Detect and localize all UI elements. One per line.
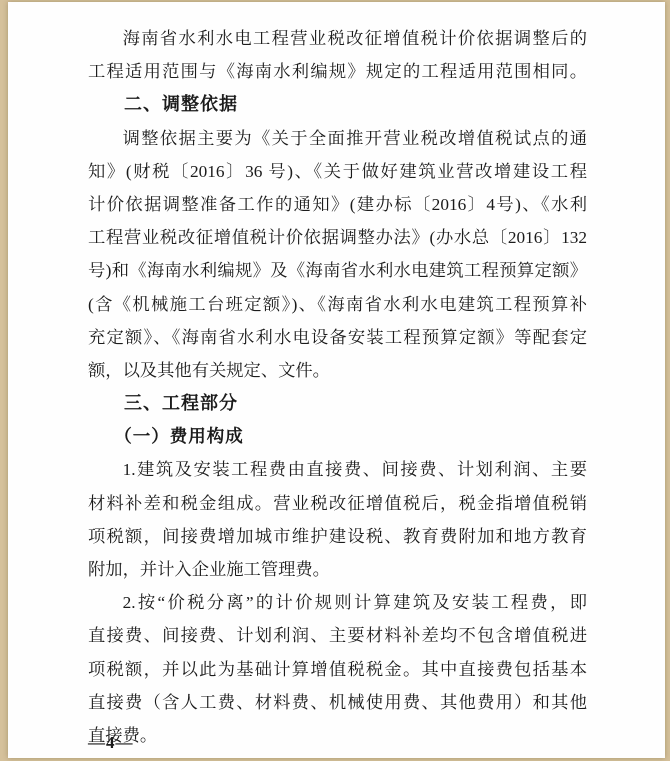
section-heading: 二、调整依据 [88, 88, 587, 121]
paragraph-line: 工程营业税改征增值税计价依据调整办法》(办水总〔2016〕132 [88, 221, 587, 254]
paragraph-line: 项税额，并以此为基础计算增值税税金。其中直接费包括基本 [88, 653, 587, 686]
paragraph-line: 附加，并计入企业施工管理费。 [88, 553, 587, 586]
paragraph-line: 额，以及其他有关规定、文件。 [88, 354, 587, 387]
paragraph-line: 计价依据调整准备工作的通知》(建办标〔2016〕4号)、《水利 [88, 188, 587, 221]
paragraph-line: 2.按“价税分离”的计价规则计算建筑及安装工程费，即 [88, 586, 587, 619]
paragraph-line: 1.建筑及安装工程费由直接费、间接费、计划利润、主要 [88, 453, 587, 486]
section-subheading: （一）费用构成 [88, 420, 587, 453]
paragraph-line: 号)和《海南水利编规》及《海南省水利水电建筑工程预算定额》 [88, 254, 587, 287]
paragraph-line: 海南省水利水电工程营业税改征增值税计价依据调整后的 [88, 22, 587, 55]
paragraph-line: 知》(财税〔2016〕36 号)、《关于做好建筑业营改增建设工程 [88, 155, 587, 188]
paper-page: 海南省水利水电工程营业税改征增值税计价依据调整后的工程适用范围与《海南水利编规》… [8, 2, 665, 758]
scan-background: { "page": { "background_color": "#d5c19b… [0, 0, 670, 761]
paragraph-line: (含《机械施工台班定额》)、《海南省水利水电建筑工程预算补 [88, 288, 587, 321]
section-heading: 三、工程部分 [88, 387, 587, 420]
paragraph-line: 直接费。 [88, 719, 587, 752]
page-number: —4— [88, 733, 134, 753]
document-body: 海南省水利水电工程营业税改征增值税计价依据调整后的工程适用范围与《海南水利编规》… [88, 22, 587, 752]
paragraph-line: 直接费（含人工费、材料费、机械使用费、其他费用）和其他 [88, 686, 587, 719]
paragraph-line: 项税额，间接费增加城市维护建设税、教育费附加和地方教育 [88, 520, 587, 553]
paragraph-line: 工程适用范围与《海南水利编规》规定的工程适用范围相同。 [88, 55, 587, 88]
paragraph-line: 材料补差和税金组成。营业税改征增值税后，税金指增值税销 [88, 487, 587, 520]
paragraph-line: 充定额》、《海南省水利水电设备安装工程预算定额》等配套定 [88, 321, 587, 354]
paragraph-line: 调整依据主要为《关于全面推开营业税改增值税试点的通 [88, 122, 587, 155]
paragraph-line: 直接费、间接费、计划利润、主要材料补差均不包含增值税进 [88, 619, 587, 652]
